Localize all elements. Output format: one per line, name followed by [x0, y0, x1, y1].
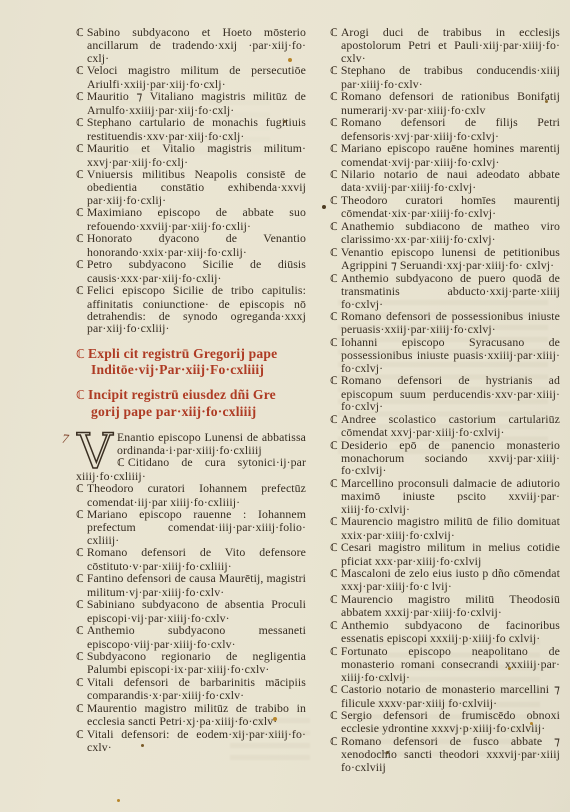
capitulum-mark: ℂ	[330, 27, 341, 39]
entry-text: Marcellino proconsuli dalmacie de adiuto…	[341, 476, 560, 516]
index-entry: ℂSabiniano subdyacono de absentia Procul…	[76, 598, 306, 624]
rubric-headings: ℂExpli cit registrū Gregorij papeInditōe…	[76, 346, 306, 419]
index-entry: ℂVitali defensori: de eodem·xij·par·xiii…	[76, 728, 306, 754]
capitulum-mark: ℂ	[76, 509, 87, 521]
capitulum-mark: ℂ	[117, 457, 128, 469]
entry-text: Felici episcopo Sicilie de tribo capitul…	[87, 283, 306, 335]
capitulum-mark: ℂ	[76, 169, 87, 181]
initial-letter-v: V	[76, 432, 114, 469]
entry-text: Stephano cartulario de monachis fugitiui…	[87, 115, 306, 142]
entry-text: Mariano episcopo rauēne homines marentij…	[341, 141, 560, 168]
index-entry: ℂHonorato dyacono de Venantio honorando·…	[76, 232, 306, 258]
entry-text: Sergio defensori de frumiscēdo obnoxi ec…	[341, 708, 560, 735]
capitulum-mark: ℂ	[330, 594, 341, 606]
capitulum-mark: ℂ	[330, 311, 341, 323]
index-entry: ℂTheodoro curatori homīes maurentij cōme…	[330, 194, 560, 220]
index-entry: ℂRomano defensori de hystrianis ad episc…	[330, 374, 560, 412]
explicit-heading: ℂExpli cit registrū Gregorij papeInditōe…	[76, 346, 306, 378]
index-entry: ℂFantino defensori de causa Maurētij, ma…	[76, 572, 306, 598]
index-entry: ℂSergio defensori de frumiscēdo obnoxi e…	[330, 709, 560, 735]
entry-text: Romano defensori de possessionibus inius…	[341, 309, 560, 336]
capitulum-mark: ℂ	[76, 703, 87, 715]
entry-text: Anthemio subdyacono de facinoribus essen…	[341, 618, 560, 645]
entry-text: Venantio episcopo lunensi de petitionibu…	[341, 245, 560, 272]
entry-text: Veloci magistro militum de persecutiōe A…	[87, 63, 306, 90]
entry-text: Iohanni episcopo Syracusano de possessio…	[341, 335, 560, 375]
capitulum-mark: ℂ	[330, 221, 341, 233]
index-entry: ℂTheodoro curatori Iohannem prefectūz co…	[76, 482, 306, 508]
capitulum-mark: ℂ	[76, 573, 87, 585]
index-entry: ℂMariano episcopo rauēne homines marenti…	[330, 142, 560, 168]
capitulum-mark: ℂ	[76, 347, 88, 361]
capitulum-mark: ℂ	[330, 65, 341, 77]
entry-text: Mauritio et Vitalio magistris militum· x…	[87, 141, 306, 168]
entry-text: Anthemio subdyacono messaneti episcopo·v…	[87, 623, 306, 650]
capitulum-mark: ℂ	[76, 233, 87, 245]
entry-text: Subdyacono regionario de negligentia Pal…	[87, 649, 306, 676]
index-list-right: ℂArogi duci de trabibus in ecclesijs apo…	[330, 26, 560, 773]
entry-text: Desiderio epō de panencio monasterio mon…	[341, 438, 560, 478]
entry-text: Sabiniano subdyacono de absentia Proculi…	[87, 597, 306, 624]
explicit-line2: Inditōe·vij·Par·xiij·Fo·cxliiij	[76, 362, 306, 378]
entry-text: Cesari magistro militum in melius cotidi…	[341, 540, 560, 567]
capitulum-mark: ℂ	[330, 516, 341, 528]
fox-spot	[322, 205, 326, 209]
entry-text: Nilario notario de naui adeodato abbate …	[341, 167, 560, 194]
index-entry: ℂSabino subdyacono et Hoeto mōsterio anc…	[76, 26, 306, 64]
index-entry: ℂMaximiano episcopo de abbate suo refoue…	[76, 206, 306, 232]
entry-text: Maurencio magistro militū de filio domit…	[341, 514, 560, 541]
entry-text: Romano defensori de Vito defensore cōsti…	[87, 545, 306, 572]
entry-text: Vniuersis militibus Neapolis consistē de…	[87, 167, 306, 207]
capitulum-mark: ℂ	[76, 388, 88, 402]
entry-text: Stephano de trabibus conducendis·xiiij p…	[341, 63, 560, 90]
capitulum-mark: ℂ	[330, 478, 341, 490]
index-entry: ℂNilario notario de naui adeodato abbate…	[330, 168, 560, 194]
capitulum-mark: ℂ	[76, 259, 87, 271]
initial-entry-group: 7 V Enantio episcopo Lunensi de abbatiss…	[76, 431, 306, 482]
capitulum-mark: ℂ	[330, 542, 341, 554]
entry-text: Theodoro curatori Iohannem prefectūz com…	[87, 481, 306, 508]
entry-text: Maximiano episcopo de abbate suo refouen…	[87, 205, 306, 232]
index-entry: ℂMaurencio magistro militū de filio domi…	[330, 515, 560, 541]
index-entry: ℂArogi duci de trabibus in ecclesijs apo…	[330, 26, 560, 64]
index-entry: ℂAndree scolastico castorium cartulariūz…	[330, 413, 560, 439]
index-entry: ℂCastorio notario de monasterio marcelli…	[330, 683, 560, 709]
capitulum-mark: ℂ	[330, 568, 341, 580]
quire-mark: 7	[61, 431, 69, 448]
entry-text: Fortunato episcopo neapolitano de monast…	[341, 644, 560, 684]
right-column: ℂArogi duci de trabibus in ecclesijs apo…	[330, 26, 560, 773]
entry-text: Maurentio magistro militūz de trabibo in…	[87, 701, 306, 728]
index-entry: ℂStephano de trabibus conducendis·xiiij …	[330, 64, 560, 90]
capitulum-mark: ℂ	[330, 736, 341, 748]
book-page: ℂSabino subdyacono et Hoeto mōsterio anc…	[0, 0, 570, 812]
capitulum-mark: ℂ	[330, 375, 341, 387]
entry-text: Maurencio magistro militū Theodosiū abba…	[341, 592, 560, 619]
index-entry: ℂVeloci magistro militum de persecutiōe …	[76, 64, 306, 90]
index-list-top: ℂSabino subdyacono et Hoeto mōsterio anc…	[76, 26, 306, 335]
capitulum-mark: ℂ	[330, 440, 341, 452]
capitulum-mark: ℂ	[76, 483, 87, 495]
entry-text: Castorio notario de monasterio marcellin…	[341, 682, 560, 709]
entry-text: Enantio episcopo Lunensi de abbatissa or…	[117, 430, 306, 456]
index-entry: ℂMarcellino proconsuli dalmacie de adiut…	[330, 477, 560, 515]
entry-text: Anthemio subdyacono de puero quodā de tr…	[341, 271, 560, 311]
explicit-line1: Expli cit registrū Gregorij pape	[88, 346, 277, 361]
capitulum-mark: ℂ	[330, 684, 341, 696]
capitulum-mark: ℂ	[76, 117, 87, 129]
capitulum-mark: ℂ	[330, 620, 341, 632]
capitulum-mark: ℂ	[330, 169, 341, 181]
fox-spot	[117, 799, 120, 802]
index-entry: ℂRomano defensori de filijs Petri defens…	[330, 116, 560, 142]
index-entry: ℂMauritio ⁊ Vitaliano magistris militūz …	[76, 90, 306, 116]
capitulum-mark: ℂ	[76, 27, 87, 39]
index-entry: ℂDesiderio epō de panencio monasterio mo…	[330, 439, 560, 477]
left-column: ℂSabino subdyacono et Hoeto mōsterio anc…	[76, 26, 306, 754]
index-entry: ℂMaurencio magistro militū Theodosiū abb…	[330, 593, 560, 619]
capitulum-mark: ℂ	[76, 207, 87, 219]
index-entry: ℂPetro subdyacono Sicilie de diūsis caus…	[76, 258, 306, 284]
capitulum-mark: ℂ	[330, 247, 341, 259]
capitulum-mark: ℂ	[330, 117, 341, 129]
index-entry: ℂMaurentio magistro militūz de trabibo i…	[76, 702, 306, 728]
entry-text: Vitali defensori: de eodem·xij·par·xiiij…	[87, 727, 306, 754]
capitulum-mark: ℂ	[76, 677, 87, 689]
capitulum-mark: ℂ	[76, 143, 87, 155]
index-entry: ℂMauritio et Vitalio magistris militum· …	[76, 142, 306, 168]
entry-text: Romano defensori de rationibus Bonifatij…	[341, 89, 560, 116]
index-entry: ℂAnthemio subdyacono messaneti episcopo·…	[76, 624, 306, 650]
capitulum-mark: ℂ	[330, 91, 341, 103]
entry-text: Anathemio subdiacono de matheo viro clar…	[341, 219, 560, 246]
incipit-line2: gorij pape par·xiij·fo·cxliiij	[76, 404, 306, 420]
capitulum-mark: ℂ	[76, 625, 87, 637]
capitulum-mark: ℂ	[330, 337, 341, 349]
entry-text: Vitali defensori de barbarinitis mācipii…	[87, 675, 306, 702]
entry-text: Romano defensori de filijs Petri defenso…	[341, 115, 560, 142]
capitulum-mark: ℂ	[330, 646, 341, 658]
index-entry: ℂVniuersis militibus Neapolis consistē d…	[76, 168, 306, 206]
entry-text: Romano defensori de hystrianis ad episco…	[341, 373, 560, 413]
index-list-bottom: ℂTheodoro curatori Iohannem prefectūz co…	[76, 482, 306, 754]
entry-text: Andree scolastico castorium cartulariūz …	[341, 412, 560, 439]
capitulum-mark: ℂ	[330, 414, 341, 426]
entry-text: Petro subdyacono Sicilie de diūsis causi…	[87, 257, 306, 284]
capitulum-mark: ℂ	[330, 195, 341, 207]
index-entry: ℂRomano defensori de possessionibus iniu…	[330, 310, 560, 336]
entry-text: Sabino subdyacono et Hoeto mōsterio anci…	[87, 25, 306, 65]
index-entry: ℂFortunato episcopo neapolitano de monas…	[330, 645, 560, 683]
entry-text: Arogi duci de trabibus in ecclesijs apos…	[341, 25, 560, 65]
capitulum-mark: ℂ	[330, 143, 341, 155]
index-entry: ℂRomano defensori de fusco abbate ⁊ xeno…	[330, 735, 560, 773]
index-entry: ℂCesari magistro militum in melius cotid…	[330, 541, 560, 567]
capitulum-mark: ℂ	[76, 91, 87, 103]
index-entry: ℂAnthemio subdyacono de puero quodā de t…	[330, 272, 560, 310]
entry-text: Romano defensori de fusco abbate ⁊ xenod…	[341, 734, 560, 774]
index-entry: ℂStephano cartulario de monachis fugitiu…	[76, 116, 306, 142]
capitulum-mark: ℂ	[76, 651, 87, 663]
entry-text: Honorato dyacono de Venantio honorando·x…	[87, 231, 306, 258]
capitulum-mark: ℂ	[76, 547, 87, 559]
index-entry: ℂVenantio episcopo lunensi de petitionib…	[330, 246, 560, 272]
capitulum-mark: ℂ	[330, 273, 341, 285]
index-entry: ℂRomano defensori de Vito defensore cōst…	[76, 546, 306, 572]
index-entry: ℂVitali defensori de barbarinitis mācipi…	[76, 676, 306, 702]
index-entry: ℂIohanni episcopo Syracusano de possessi…	[330, 336, 560, 374]
index-entry: ℂMariano episcopo rauenne : Iohannem pre…	[76, 508, 306, 546]
index-entry: ℂAnthemio subdyacono de facinoribus esse…	[330, 619, 560, 645]
index-entry: ℂRomano defensori de rationibus Bonifati…	[330, 90, 560, 116]
entry-text: Mauritio ⁊ Vitaliano magistris militūz d…	[87, 89, 306, 116]
entry-text: Theodoro curatori homīes maurentij cōmen…	[341, 193, 560, 220]
index-entry: ℂMascaloni de zelo eius iusto p dño cōme…	[330, 567, 560, 593]
index-entry: ℂFelici episcopo Sicilie de tribo capitu…	[76, 284, 306, 335]
entry-text: Mascaloni de zelo eius iusto p dño cōmen…	[341, 566, 560, 593]
capitulum-mark: ℂ	[330, 710, 341, 722]
capitulum-mark: ℂ	[76, 599, 87, 611]
capitulum-mark: ℂ	[76, 285, 87, 297]
capitulum-mark: ℂ	[76, 729, 87, 741]
entry-text: Fantino defensori de causa Maurētij, mag…	[87, 571, 306, 598]
incipit-heading: ℂIncipit registrū eiusdez dñi Gregorij p…	[76, 387, 306, 419]
index-entry: ℂAnathemio subdiacono de matheo viro cla…	[330, 220, 560, 246]
entry-text: Mariano episcopo rauenne : Iohannem pref…	[87, 507, 306, 547]
index-entry: ℂSubdyacono regionario de negligentia Pa…	[76, 650, 306, 676]
incipit-line1: Incipit registrū eiusdez dñi Gre	[88, 387, 276, 402]
capitulum-mark: ℂ	[76, 65, 87, 77]
